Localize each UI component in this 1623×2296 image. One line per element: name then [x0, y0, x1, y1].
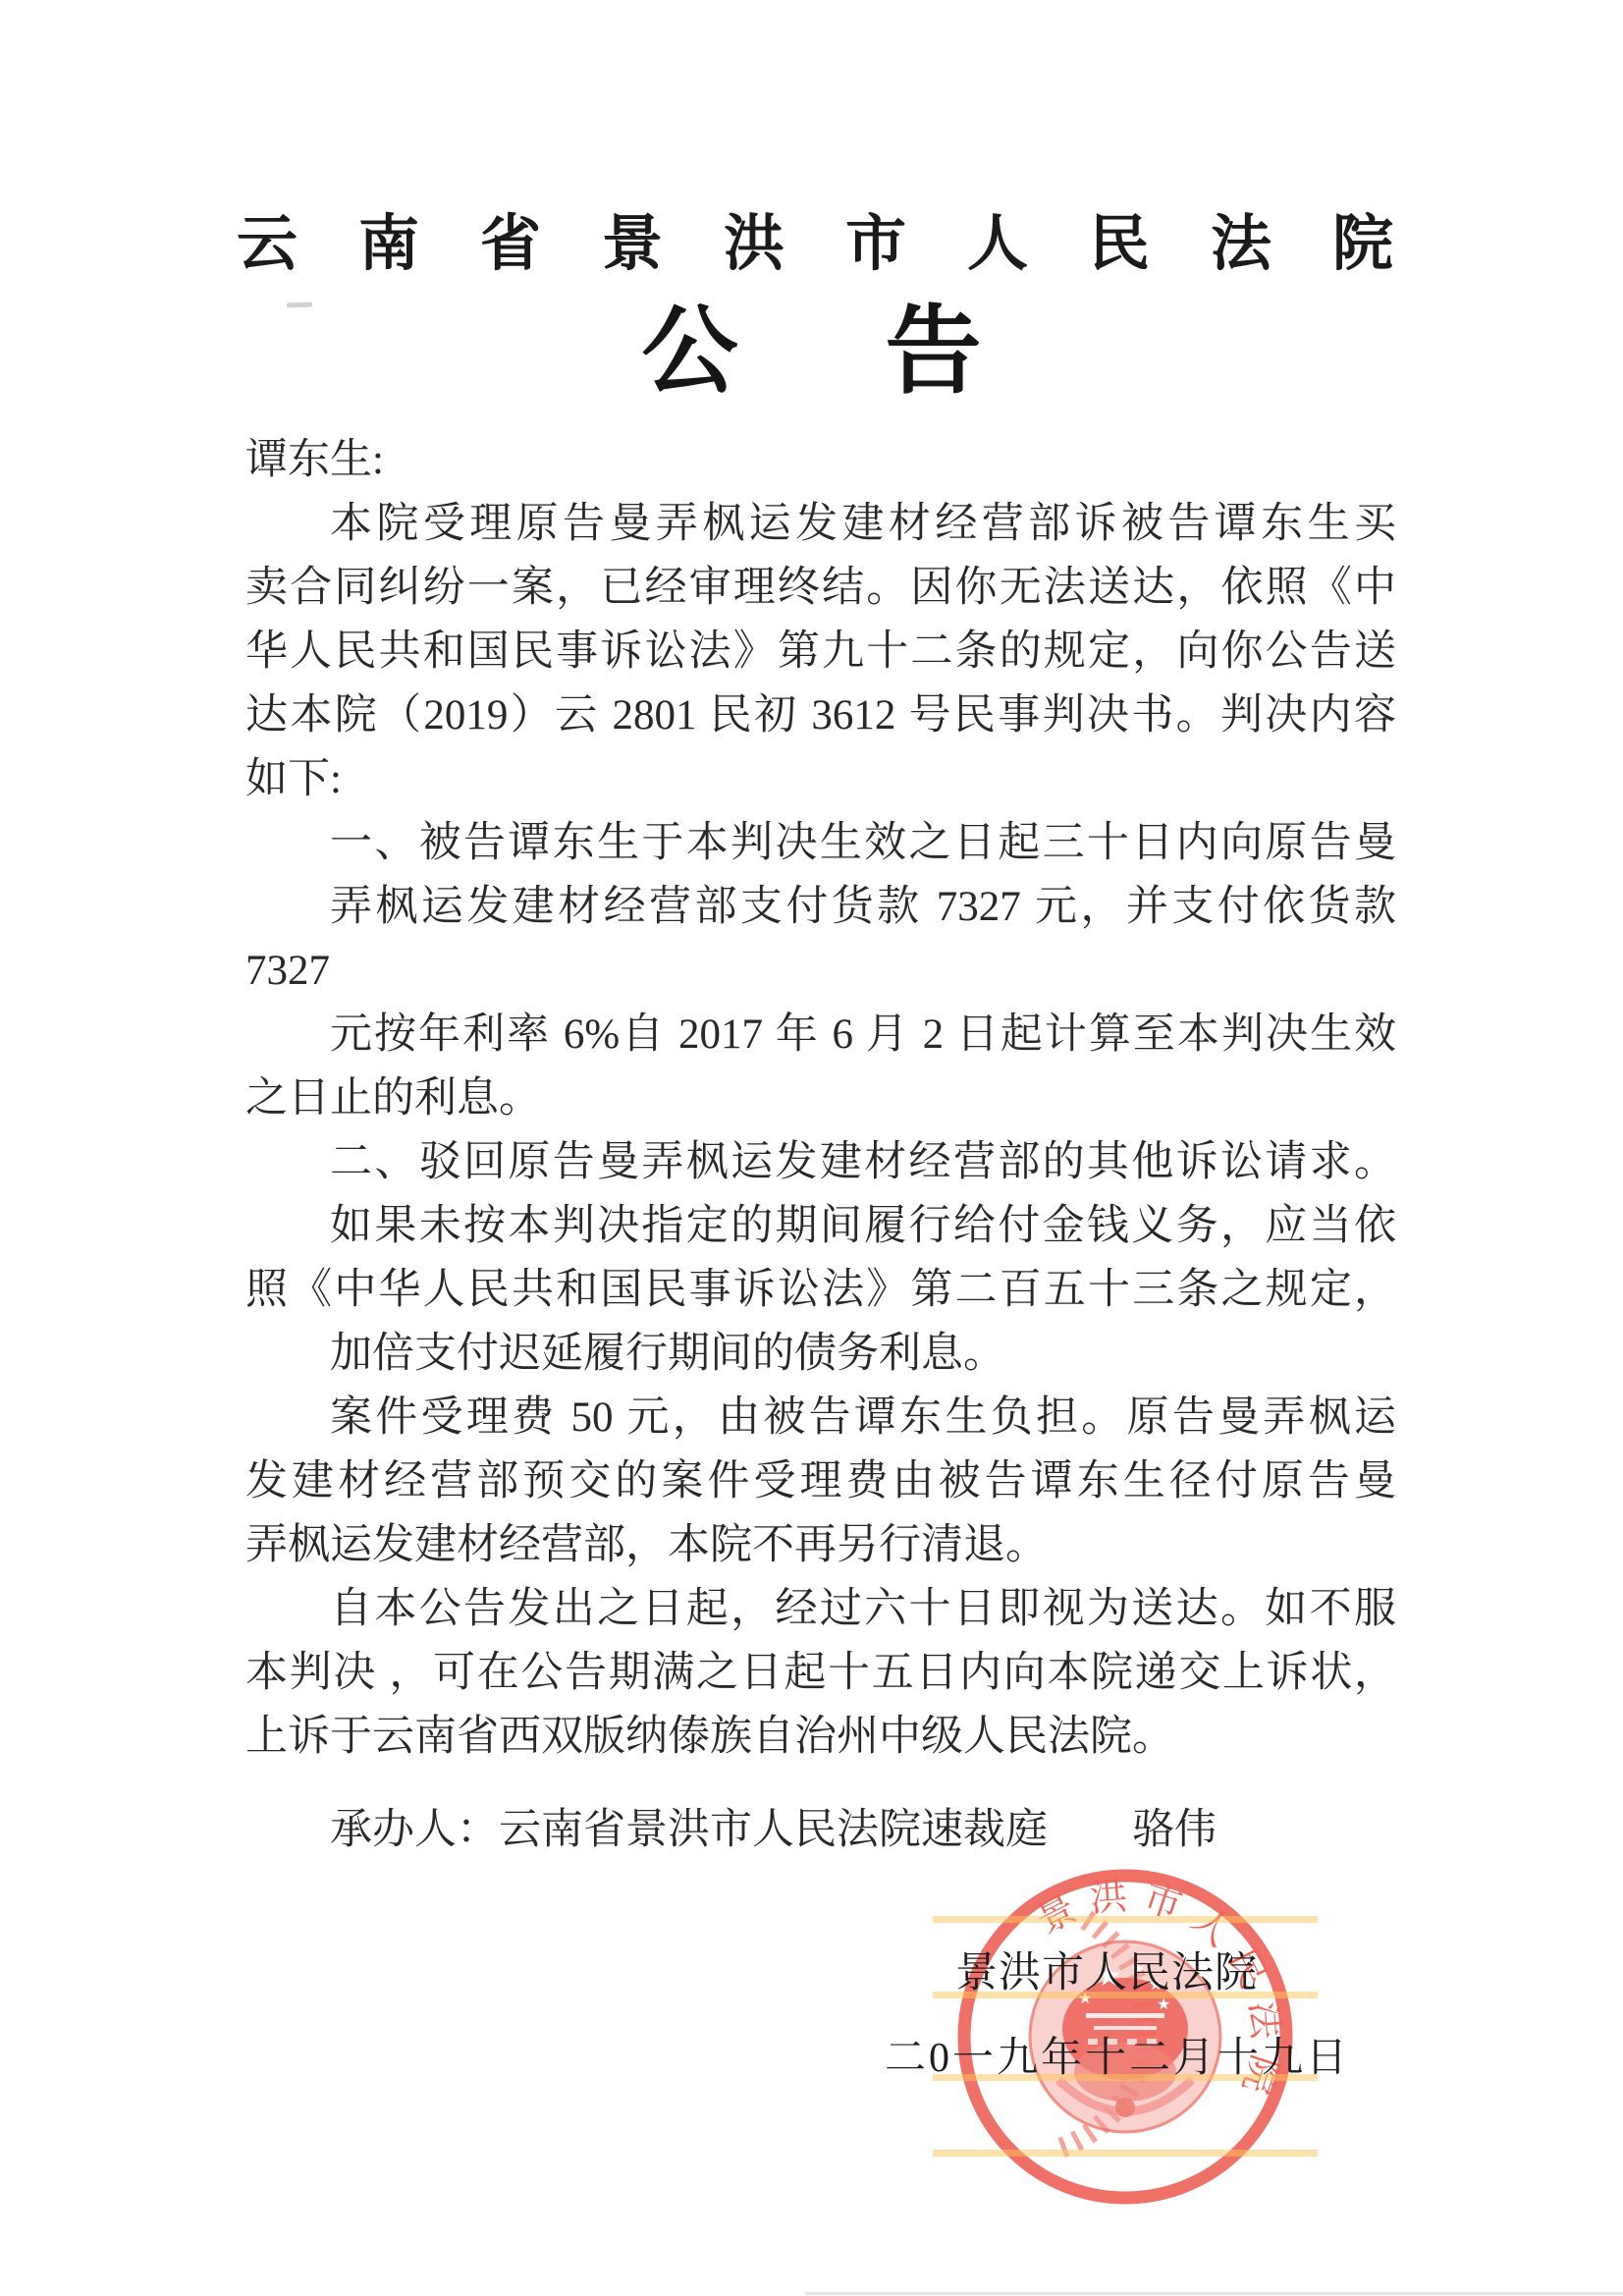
body-line: 弄枫运发建材经营部，本院不再另行清退。 — [245, 1513, 1396, 1577]
body-line: 7327 — [245, 939, 1396, 1003]
body-line: 弄枫运发建材经营部支付货款 7327 元，并支付依货款 — [245, 875, 1396, 939]
scan-artifact — [287, 302, 312, 308]
body-line: 案件受理费 50 元，由被告谭东生负担。原告曼弄枫运 — [245, 1386, 1396, 1449]
body-line: 照《中华人民共和国民事诉讼法》第二百五十三条之规定， — [245, 1258, 1396, 1322]
body-line: 本判决 ，可在公告期满之日起十五日内向本院递交上诉状， — [245, 1641, 1396, 1705]
body-line: 发建材经营部预交的案件受理费由被告谭东生径付原告曼 — [245, 1449, 1396, 1513]
body-line: 如下: — [245, 747, 1396, 811]
body-line: 达本院（2019）云 2801 民初 3612 号民事判决书。判决内容 — [245, 683, 1396, 747]
addressee: 谭东生: — [245, 428, 1396, 492]
body-line: 加倍支付迟延履行期间的债务利息。 — [245, 1322, 1396, 1386]
body-line: 一、被告谭东生于本判决生效之日起三十日内向原告曼 — [245, 811, 1396, 875]
document-page: 云 南 省 景 洪 市 人 民 法 院 公 告 谭东生: 本院受理原告曼弄枫运发… — [0, 0, 1623, 2296]
body-line: 华人民共和国民事诉讼法》第九十二条的规定，向你公告送 — [245, 620, 1396, 683]
body-line: 本院受理原告曼弄枫运发建材经营部诉被告谭东生买 — [245, 492, 1396, 556]
handler-line: 承办人：云南省景洪市人民法院速裁庭 骆伟 — [245, 1801, 1606, 1860]
scanline — [933, 1916, 1318, 1923]
scan-bottom-edge — [805, 2292, 1623, 2295]
body-line: 卖合同纠纷一案，已经审理终结。因你无法送达，依照《中 — [245, 556, 1396, 620]
body-line: 元按年利率 6%自 2017 年 6 月 2 日起计算至本判决生效 — [245, 1003, 1396, 1066]
body-line: 上诉于云南省西双版纳傣族自治州中级人民法院。 — [245, 1705, 1396, 1769]
notice-body: 谭东生: 本院受理原告曼弄枫运发建材经营部诉被告谭东生买 卖合同纠纷一案，已经审… — [245, 428, 1396, 1769]
signature-court-name: 景洪市人民法院 — [955, 1950, 1258, 1997]
body-line: 如果未按本判决指定的期间履行给付金钱义务，应当依 — [245, 1194, 1396, 1258]
court-title: 云 南 省 景 洪 市 人 民 法 院 — [236, 208, 1394, 281]
body-line: 自本公告发出之日起，经过六十日即视为送达。如不服 — [245, 1577, 1396, 1641]
notice-title: 公 告 — [0, 297, 1623, 405]
signature-date: 二0一九年十二月十九日 — [885, 2035, 1350, 2082]
body-line: 之日止的利息。 — [245, 1066, 1396, 1130]
body-line: 二、驳回原告曼弄枫运发建材经营部的其他诉讼请求。 — [245, 1130, 1396, 1194]
scanline — [933, 2150, 1318, 2157]
